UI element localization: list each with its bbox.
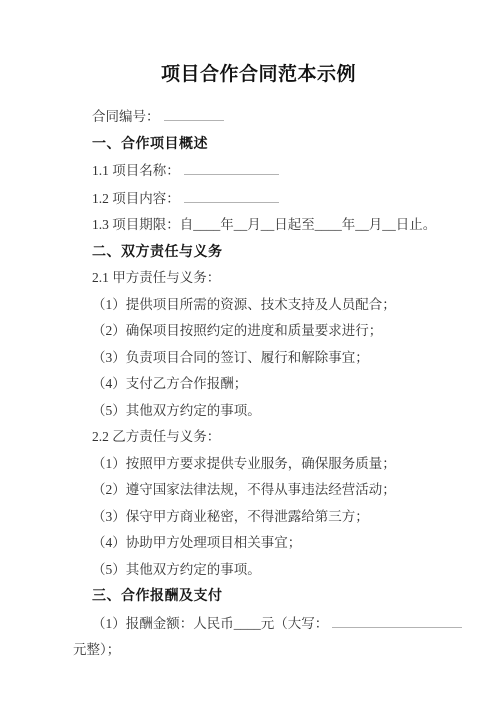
contract-document-page: 项目合作合同范本示例 合同编号： 一、合作项目概述 1.1 项目名称： 1.2 … [0,0,500,707]
project-name-blank [184,162,279,175]
project-term-line: 1.3 项目期限：自____年__月__日起至____年__月__日止。 [73,217,444,232]
section1-heading: 一、合作项目概述 [73,136,444,151]
section2-heading: 二、双方责任与义务 [73,244,444,259]
document-title: 项目合作合同范本示例 [73,62,444,88]
party-b-heading: 2.2 乙方责任与义务： [73,429,444,444]
party-b-item: （1）按照甲方要求提供专业服务，确保服务质量； [73,456,444,471]
project-name-line: 1.1 项目名称： [73,162,444,178]
party-b-item: （5）其他双方约定的事项。 [73,562,444,577]
project-content-line: 1.2 项目内容： [73,190,444,206]
party-a-item: （4）支付乙方合作报酬； [73,376,444,391]
project-name-label: 1.1 项目名称： [92,163,180,178]
party-b-item: （2）遵守国家法律法规，不得从事违法经营活动； [73,482,444,497]
party-a-item: （5）其他双方约定的事项。 [73,403,444,418]
party-b-item: （4）协助甲方处理项目相关事宜； [73,535,444,550]
party-a-item: （2）确保项目按照约定的进度和质量要求进行； [73,323,444,338]
reward-amount-line: （1）报酬金额：人民币____元（大写： [73,615,444,631]
party-b-item: （3）保守甲方商业秘密，不得泄露给第三方； [73,509,444,524]
reward-amount-text: （1）报酬金额：人民币____元（大写： [92,616,328,631]
party-a-item: （3）负责项目合同的签订、履行和解除事宜； [73,350,444,365]
contract-number-label: 合同编号： [92,109,160,124]
project-content-blank [184,190,279,203]
section3-heading: 三、合作报酬及支付 [73,588,444,603]
party-a-item: （1）提供项目所需的资源、技术支持及人员配合； [73,297,444,312]
amount-capital-blank [332,615,462,628]
contract-number-line: 合同编号： [73,108,444,124]
project-content-label: 1.2 项目内容： [92,191,180,206]
reward-amount-wrap-line: 元整）； [73,642,444,657]
contract-number-blank [164,108,224,121]
party-a-heading: 2.1 甲方责任与义务： [73,270,444,285]
